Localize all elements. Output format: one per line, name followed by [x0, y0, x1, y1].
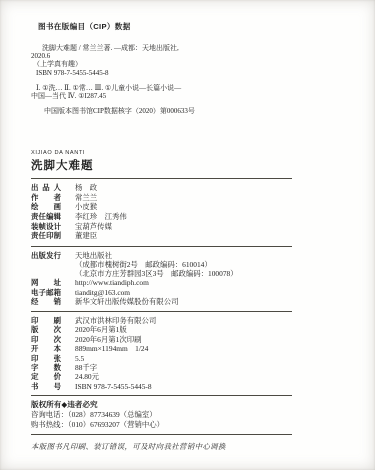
printing-value: 2020年6月第1次印刷 [75, 335, 142, 344]
credit-row: 装帧设计宝葫芦传媒 [31, 222, 292, 232]
divider [31, 395, 292, 396]
distributor-name: 新华文轩出版传媒股份有限公司 [75, 297, 178, 306]
printing-row: 印张5.5 [31, 354, 292, 363]
printing-label: 印次 [31, 335, 61, 344]
book-title: 洗脚大难题 [31, 157, 292, 173]
cip-registry-number: 中国版本图书馆CIP数据核字（2020）第000633号 [44, 106, 292, 116]
cip-catalog-block: 洗脚大难题 / 常兰兰著. —成都：天地出版社, 2020.6 （上学真有趣） … [31, 44, 292, 77]
credit-value: 董建臣 [75, 231, 97, 240]
cip-heading: 图书在版编目（CIP）数据 [38, 21, 292, 32]
credit-row: 绘画小皮猴 [31, 202, 292, 212]
publisher-address: （成都市槐树街2号 邮政编码：610014） [75, 260, 292, 269]
printing-label: 印张 [31, 354, 61, 363]
printing-row: 印次2020年6月第1次印刷 [31, 335, 292, 344]
publisher-email: tianditg@163.com [75, 288, 130, 297]
publishing-row: 网址http://www.tiandiph.com [31, 278, 292, 287]
credit-label: 绘画 [31, 202, 61, 212]
printing-value: 2020年6月第1版 [75, 325, 127, 334]
cip-series-line: （上学真有趣） [33, 60, 292, 68]
publishing-label: 出版发行 [31, 251, 61, 260]
printing-row: 定价24.80元 [31, 372, 292, 381]
publishing-row: 电子邮箱tianditg@163.com [31, 288, 292, 297]
publishing-row: 出版发行天地出版社 [31, 251, 292, 260]
credit-row: 作者常兰兰 [31, 193, 292, 203]
page-content: 图书在版编目（CIP）数据 洗脚大难题 / 常兰兰著. —成都：天地出版社, 2… [31, 21, 292, 452]
cip-classification-block: Ⅰ. ①洗… Ⅱ. ①常… Ⅲ. ①儿童小说—长篇小说— 中国—当代 Ⅳ. ①I… [31, 84, 292, 100]
printing-label: 印刷 [31, 316, 61, 325]
credit-value: 宝葫芦传媒 [75, 222, 112, 231]
cip-line: 洗脚大难题 / 常兰兰著. —成都：天地出版社, [42, 44, 292, 52]
printing-row: 书号ISBN 978-7-5455-5445-8 [31, 382, 292, 391]
title-block: XIJIAO DA NANTI 洗脚大难题 [31, 150, 292, 173]
isbn-value: ISBN 978-7-5455-5445-8 [75, 382, 152, 391]
divider [31, 311, 292, 312]
copyright-notice: 版权所有◆违者必究 [31, 400, 292, 410]
book-title-pinyin: XIJIAO DA NANTI [31, 150, 292, 156]
credit-label: 责任印制 [31, 231, 61, 241]
printing-label: 定价 [31, 372, 61, 381]
order-hotline: 购书热线：（010）67693207（营销中心） [31, 420, 292, 430]
publishing-label: 网址 [31, 278, 61, 287]
credit-label: 责任编辑 [31, 212, 61, 222]
printing-value: 889mm×1194mm 1/24 [75, 344, 148, 353]
credit-value: 常兰兰 [75, 193, 97, 202]
publishing-row: 经销新华文轩出版传媒股份有限公司 [31, 297, 292, 306]
credit-value: 小皮猴 [75, 202, 97, 211]
credit-row: 责任编辑李红珍 江秀伟 [31, 212, 292, 222]
printing-value: 88千字 [75, 363, 97, 372]
publishing-label: 经销 [31, 297, 61, 306]
cip-isbn-line: ISBN 978-7-5455-5445-8 [36, 69, 292, 77]
contact-phone: 咨询电话：（028）87734639（总编室） [31, 410, 292, 420]
classification-line: 中国—当代 Ⅳ. ①I287.45 [31, 92, 292, 100]
printing-row: 印刷武汉市洪林印务有限公司 [31, 316, 292, 325]
printing-label: 书号 [31, 382, 61, 391]
printing-label: 开本 [31, 344, 61, 353]
divider [31, 434, 292, 435]
printing-label: 版次 [31, 325, 61, 334]
publisher-name: 天地出版社 [75, 251, 112, 260]
publishing-block: 出版发行天地出版社 （成都市槐树街2号 邮政编码：610014） （北京市方庄芳… [31, 251, 292, 306]
printing-value: 5.5 [75, 354, 84, 363]
publishing-label: 电子邮箱 [31, 288, 61, 297]
credit-label: 作者 [31, 193, 61, 203]
credits-block: 出品人杨 政 作者常兰兰 绘画小皮猴 责任编辑李红珍 江秀伟 装帧设计宝葫芦传媒… [31, 183, 292, 241]
copyright-block: 版权所有◆违者必究 咨询电话：（028）87734639（总编室） 购书热线：（… [31, 400, 292, 430]
credit-value: 杨 政 [75, 183, 97, 192]
printing-row: 字数88千字 [31, 363, 292, 372]
book-copyright-page: 图书在版编目（CIP）数据 洗脚大难题 / 常兰兰著. —成都：天地出版社, 2… [0, 0, 375, 470]
printing-block: 印刷武汉市洪林印务有限公司 版次2020年6月第1版 印次2020年6月第1次印… [31, 316, 292, 391]
credit-row: 责任印制董建臣 [31, 231, 292, 241]
classification-line: Ⅰ. ①洗… Ⅱ. ①常… Ⅲ. ①儿童小说—长篇小说— [36, 84, 292, 92]
credit-value: 李红珍 江秀伟 [75, 212, 127, 221]
credit-row: 出品人杨 政 [31, 183, 292, 193]
printing-row: 版次2020年6月第1版 [31, 325, 292, 334]
defect-exchange-note: 本版图书凡印刷、装订错误，可及时向我社营销中心调换 [31, 441, 292, 452]
printing-row: 开本889mm×1194mm 1/24 [31, 344, 292, 353]
printing-label: 字数 [31, 363, 61, 372]
divider [31, 178, 292, 179]
publisher-website: http://www.tiandiph.com [75, 278, 149, 287]
divider [31, 246, 292, 247]
printing-value: 武汉市洪林印务有限公司 [75, 316, 156, 325]
publisher-address: （北京市方庄芳群园3区3号 邮政编码：100078） [75, 269, 292, 278]
price-value: 24.80元 [75, 372, 99, 381]
credit-label: 出品人 [31, 183, 61, 193]
credit-label: 装帧设计 [31, 222, 61, 232]
